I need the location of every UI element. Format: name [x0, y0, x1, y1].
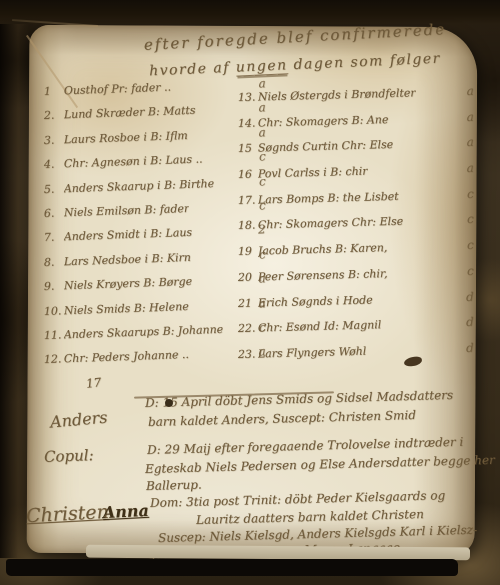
entry-text: Chr: Agnesøn i B: Laus ..	[64, 153, 203, 171]
entry-mark: c	[461, 238, 474, 252]
entry-text: Ousthof Pr: fader ..	[64, 81, 172, 98]
entry-number: 16	[238, 168, 258, 182]
entry-number: 14.	[238, 116, 258, 130]
entry-mark: c	[461, 212, 474, 226]
entry-mark: d	[460, 341, 474, 355]
entry-text: Erich Søgnds i Hode	[258, 293, 373, 309]
entry-text: Lund Skræder B: Matts	[64, 104, 196, 122]
entry-number: 1	[44, 84, 64, 98]
page-bottom-edge	[86, 545, 470, 561]
entry-number: 11.	[44, 328, 64, 342]
entry-text: Niels Emilsøn B: fader	[64, 202, 190, 219]
entry-number: 15	[238, 142, 258, 156]
entry-number: 10.	[44, 304, 64, 318]
entry-text: Lars Bomps B: the Lisbet	[258, 190, 399, 207]
entry-text: Chr: Esønd Id: Magnil	[258, 318, 382, 334]
entry-number: 23.	[238, 347, 258, 361]
manuscript-photo: efter foregde blef confirmerede hvorde a…	[0, 0, 500, 585]
entry-number: 12.	[44, 353, 64, 367]
confirmation-list-right: 13.Niels Østergds i Brøndfeltera 14.Chr:…	[238, 90, 474, 373]
entry-mark: a	[460, 135, 474, 149]
entry-number: 20	[238, 270, 258, 284]
entry-mark: d	[460, 315, 474, 329]
record-line: Ballerup.	[146, 478, 202, 493]
confirmation-list-left: 1Ousthof Pr: fader ..a 2.Lund Skræder B:…	[44, 84, 266, 377]
entry-text: Chr: Peders Johanne ..	[64, 348, 190, 365]
entry-text: Niels Smids B: Helene	[64, 299, 189, 316]
entry-number: 6.	[44, 206, 64, 220]
entry-text: Lars Nedsboe i B: Kirn	[64, 251, 192, 268]
entry-number: 22.	[238, 322, 258, 336]
margin-note-copul: Copul:	[44, 446, 94, 466]
entry-text: Niels Østergds i Brøndfelter	[258, 86, 416, 103]
entry-text: Lars Flyngers Wøhl	[258, 345, 367, 361]
entry-text: Chr: Skomagers B: Ane	[258, 113, 389, 129]
photo-top-edge	[0, 0, 500, 24]
entry-mark: c	[461, 187, 474, 201]
entry-number: 19	[238, 245, 258, 259]
heading-line2-pre: hvorde af	[149, 60, 236, 80]
ink-blot	[165, 399, 173, 407]
entry-number: 2.	[44, 109, 64, 123]
separator-mark: 17	[85, 375, 102, 391]
entry-number: 18.	[238, 219, 258, 233]
margin-name-anna: Anna	[102, 501, 149, 522]
entry-mark: a	[460, 84, 474, 98]
heading-underlined-word: ungen	[236, 58, 288, 76]
entry-text: Povl Carlss i B: chir	[258, 165, 368, 181]
entry-number: 21	[238, 296, 258, 310]
entry-number: 17.	[238, 193, 258, 207]
register-entry: 23.Lars Flyngers Wøhld	[238, 341, 475, 373]
entry-text: Anders Smidt i B: Laus	[64, 226, 193, 243]
entry-number: 5.	[44, 182, 64, 196]
entry-number: 7.	[44, 231, 64, 245]
entry-mark: a	[460, 110, 474, 124]
entry-text: Niels Krøyers B: Børge	[64, 275, 193, 292]
entry-number: 8.	[44, 255, 64, 269]
entry-mark: a	[460, 161, 474, 175]
entry-text: Peer Sørensens B: chir,	[258, 267, 388, 283]
entry-mark: d	[460, 289, 474, 303]
entry-number: 4.	[44, 157, 64, 171]
entry-text: Chr: Skomagers Chr: Else	[258, 215, 404, 232]
entry-number: 3.	[44, 133, 64, 147]
entry-number: 13.	[238, 90, 258, 104]
entry-mark: c	[461, 264, 474, 278]
entry-text: Jacob Bruchs B: Karen,	[258, 241, 388, 257]
photo-bottom-shadow	[6, 559, 458, 576]
entry-text: Søgnds Curtin Chr: Else	[258, 138, 394, 155]
entry-text: Laurs Rosboe i B: Iflm	[64, 129, 188, 146]
margin-name-christen: Christen	[26, 501, 110, 527]
entry-number: 9.	[44, 279, 64, 293]
book-spine-shadow	[0, 24, 30, 558]
